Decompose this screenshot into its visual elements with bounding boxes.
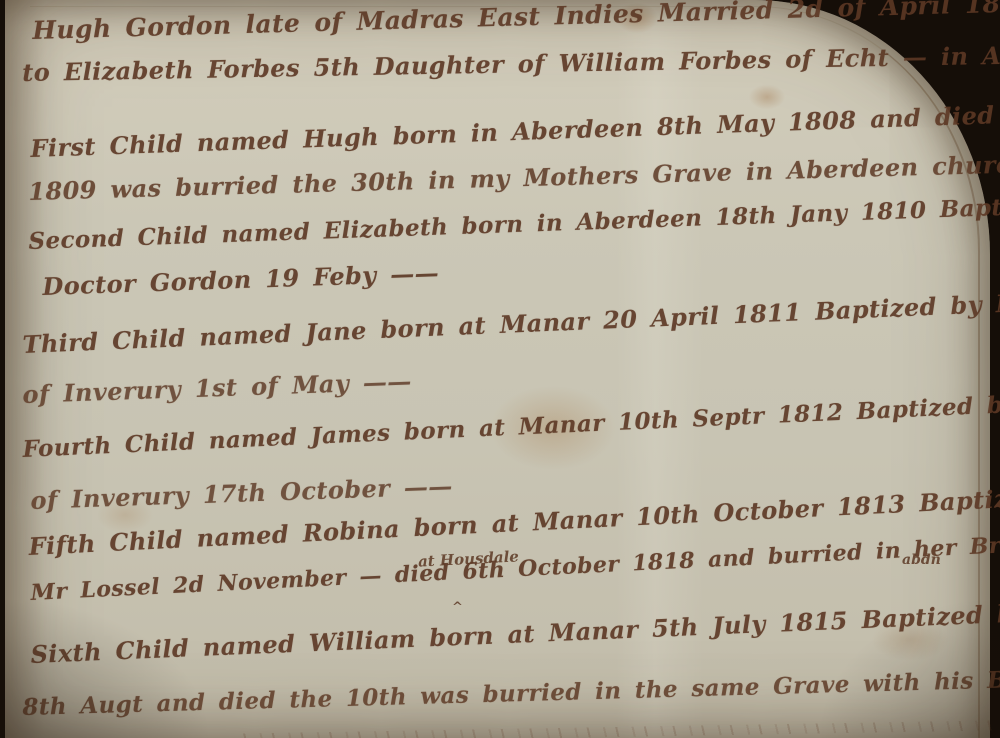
insertion-caret: ^	[452, 600, 463, 615]
manuscript-photo: Hugh Gordon late of Madras East Indies M…	[0, 0, 1000, 738]
